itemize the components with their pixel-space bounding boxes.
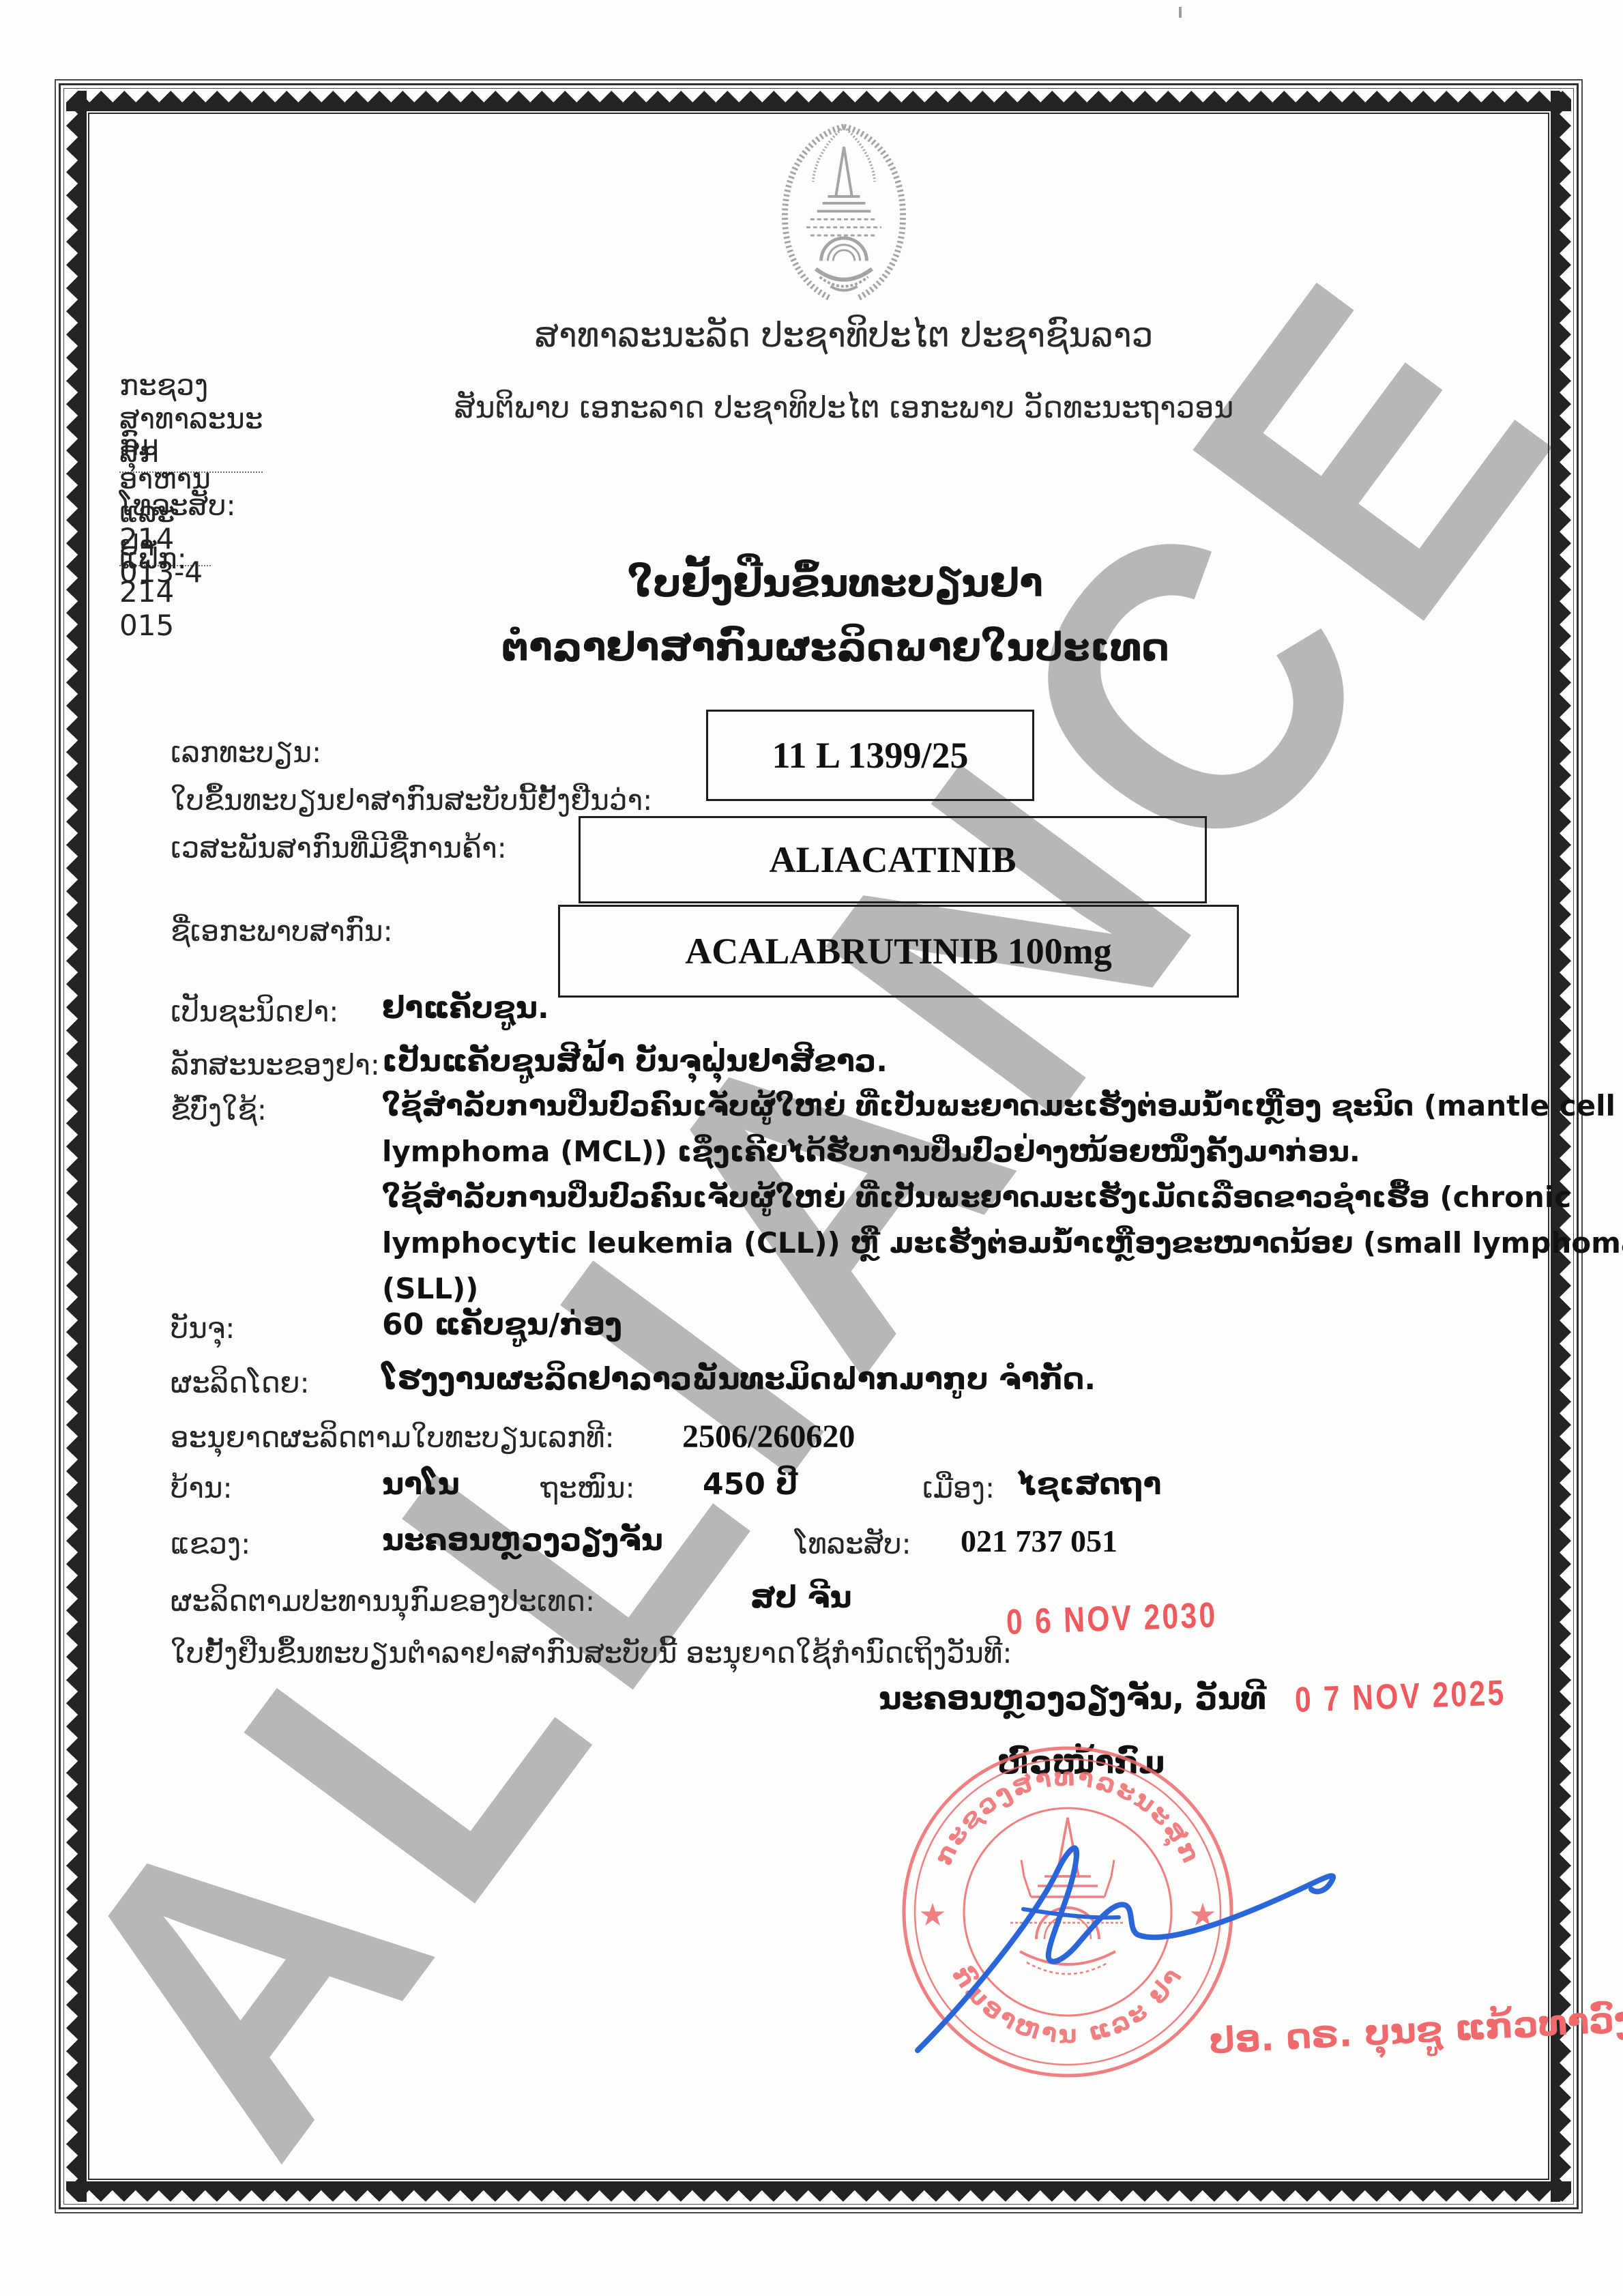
factory-phone-label: ໂທລະສັບ: bbox=[795, 1527, 911, 1560]
village-value: ນາໂນ bbox=[382, 1467, 460, 1502]
village-label: ບ້ານ: bbox=[171, 1471, 233, 1505]
indication-line: ໃຊ້ສຳລັບການປິ່ນປົວຄົນເຈັບຜູ້ໃຫຍ່ ທີ່ເປັນ… bbox=[382, 1180, 1487, 1214]
place-and-date-line: ນະຄອນຫຼວງວຽງຈັນ, ວັນທີ bbox=[879, 1680, 1266, 1717]
registration-number-value: 11 L 1399/25 bbox=[772, 734, 968, 776]
indication-line: (SLL)) bbox=[382, 1272, 1487, 1305]
generic-name-value: ACALABRUTINIB 100mg bbox=[685, 930, 1112, 972]
registration-number-box: 11 L 1399/25 bbox=[706, 710, 1034, 801]
province-value: ນະຄອນຫຼວງວຽງຈັນ bbox=[382, 1523, 663, 1558]
seal-star-icon: ★ bbox=[918, 1896, 946, 1933]
pharmacopoeia-label: ຜະລິດຕາມປະທານນຸກົມຂອງປະເທດ: bbox=[171, 1584, 595, 1618]
indication-label: ຂໍ້ບົ່ງໃຊ້: bbox=[171, 1093, 267, 1127]
certificate-title-line2: ຕຳລາຢາສາກົນຜະລິດພາຍໃນປະເທດ bbox=[48, 625, 1623, 670]
pharmacopoeia-value: ສປ ຈີນ bbox=[750, 1580, 851, 1615]
lao-national-emblem-icon bbox=[762, 117, 926, 312]
certificate-content: ສາທາລະນະລັດ ປະຊາທິປະໄຕ ປະຊາຊົນລາວ ສັນຕິພ… bbox=[0, 0, 1623, 2296]
production-license-value: 2506/260620 bbox=[682, 1418, 855, 1455]
dosage-form-value: ຢາແຄັບຊູນ. bbox=[382, 991, 549, 1026]
trade-name-box: ALIACATINIB bbox=[579, 816, 1207, 903]
manufacturer-label: ຜະລິດໂດຍ: bbox=[171, 1366, 310, 1399]
manufacturer-value: ໂຮງງານຜະລິດຢາລາວພັນທະມິດຟາກມາກູບ ຈຳກັດ. bbox=[382, 1362, 1096, 1397]
seal-star-icon: ★ bbox=[1188, 1896, 1216, 1933]
expiry-date-stamp: 0 6 NOV 2030 bbox=[1006, 1595, 1218, 1643]
trade-name-label: ເວສະພັນສາກົນທີ່ມີຊື່ການຄ້າ: bbox=[171, 831, 507, 864]
appearance-label: ລັກສະນະຂອງຢາ: bbox=[171, 1048, 380, 1081]
pack-size-value: 60 ແຄັບຊູນ/ກ່ອງ bbox=[382, 1307, 622, 1342]
appearance-value: ເປັນແຄັບຊູນສີຟ້າ ບັນຈຸຝຸ່ນຢາສີຂາວ. bbox=[382, 1044, 888, 1079]
svg-text:ກົມອາຫານ ແລະ ຢາ: ກົມອາຫານ ແລະ ຢາ bbox=[946, 1961, 1188, 2049]
national-motto-line1: ສາທາລະນະລັດ ປະຊາທິປະໄຕ ປະຊາຊົນລາວ bbox=[65, 315, 1623, 355]
generic-name-label: ຊື່ເອກະພາບສາກົນ: bbox=[171, 914, 393, 948]
district-label: ເມືອງ: bbox=[922, 1471, 995, 1505]
drug-registration-certificate: ALLIANCE bbox=[0, 0, 1623, 2296]
district-value: ໄຊເສດຖາ bbox=[1018, 1467, 1161, 1502]
factory-phone-value: 021 737 051 bbox=[961, 1523, 1117, 1559]
production-license-label: ອະນຸຍາດຜະລິດຕາມໃບທະບຽນເລກທີ: bbox=[171, 1421, 615, 1454]
road-label: ຖະໜົນ: bbox=[540, 1471, 635, 1505]
road-value: 450 ປີ bbox=[703, 1467, 798, 1502]
indication-line: lymphoma (MCL)) ເຊິ່ງເຄີຍໄດ້ຮັບການປິ່ນປົ… bbox=[382, 1135, 1487, 1168]
issue-date-stamp: 0 7 NOV 2025 bbox=[1294, 1672, 1506, 1721]
official-red-seal: ກະຊວງສາທາລະນະສຸກ ກົມອາຫານ ແລະ ຢາ ★ ★ bbox=[890, 1734, 1245, 2089]
signer-name: ປອ. ດຣ. ບຸນຊູ ແກ້ວທາວົງ bbox=[1208, 1999, 1623, 2063]
certifies-line: ໃບຂຶ້ນທະບຽນຢາສາກົນສະບັບນີ້ຢັ້ງຢືນວ່າ: bbox=[171, 783, 652, 817]
national-motto-line2: ສັນຕິພາບ ເອກະລາດ ປະຊາທິປະໄຕ ເອກະພາບ ວັດທ… bbox=[65, 390, 1623, 425]
pack-size-label: ບັນຈຸ: bbox=[171, 1311, 235, 1345]
dosage-form-label: ເປັນຊະນິດຢາ: bbox=[171, 995, 338, 1028]
generic-name-box: ACALABRUTINIB 100mg bbox=[558, 905, 1239, 998]
seal-bottom-text: ກົມອາຫານ ແລະ ຢາ bbox=[946, 1961, 1188, 2049]
indication-line: lymphocytic leukemia (CLL)) ຫຼື ມະເຮັງຕ່… bbox=[382, 1226, 1487, 1260]
indication-line: ໃຊ້ສຳລັບການປິ່ນປົວຄົນເຈັບຜູ້ໃຫຍ່ ທີ່ເປັນ… bbox=[382, 1089, 1487, 1122]
validity-line: ໃບຢັ້ງຢືນຂຶ້ນທະບຽນຕຳລາຢາສາກົນສະບັບນີ້ ອະ… bbox=[171, 1636, 1012, 1670]
certificate-title-line1: ໃບຢັ້ງຢືນຂຶ້ນທະບຽນຢາ bbox=[48, 561, 1623, 606]
trade-name-value: ALIACATINIB bbox=[769, 839, 1016, 881]
province-label: ແຂວງ: bbox=[171, 1527, 250, 1560]
registration-number-label: ເລກທະບຽນ: bbox=[171, 736, 321, 769]
